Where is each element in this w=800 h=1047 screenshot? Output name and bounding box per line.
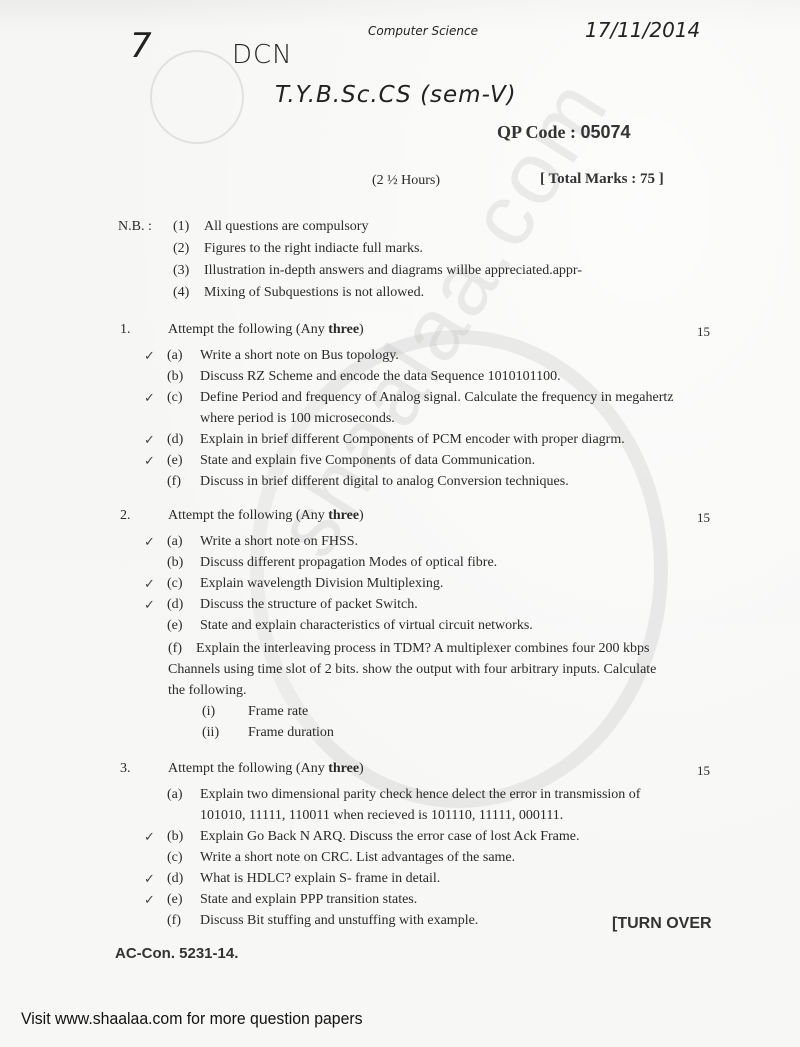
sub-question-line: Discuss the structure of packet Switch. [200,594,418,615]
question-number: 1. [120,322,131,338]
question-marks: 15 [697,324,710,340]
sub-question: (b)Discuss RZ Scheme and encode the data… [120,366,720,387]
sub-question: (b)Discuss different propagation Modes o… [120,552,720,573]
note-number: (1) [173,219,204,241]
note-number: (3) [173,263,204,285]
sub-question-line: Discuss different propagation Modes of o… [200,552,497,573]
sub-question-line: Write a short note on CRC. List advantag… [200,847,515,868]
handwritten-tick-icon: ✓ [144,595,155,616]
sub-question-label: (c) [167,573,183,594]
total-marks: [ Total Marks : 75 ] [540,171,664,188]
sub-question: ✓(d)Discuss the structure of packet Swit… [120,594,720,615]
note-text: Figures to the right indiacte full marks… [204,241,423,263]
sub-question-text: Explain Go Back N ARQ. Discuss the error… [200,826,579,847]
sub-question-text: Explain wavelength Division Multiplexing… [200,573,443,594]
note-number: (2) [173,241,204,263]
sub-question-line: where period is 100 microseconds. [200,408,673,429]
sub-question-line: Discuss RZ Scheme and encode the data Se… [200,366,561,387]
sub-question-text: State and explain PPP transition states. [200,889,417,910]
paragraph-text: Channels using time slot of 2 bits. show… [168,662,656,677]
instruction-suffix: ) [359,761,364,776]
sub-question-line: State and explain characteristics of vir… [200,615,533,636]
sub-question-text: Discuss the structure of packet Switch. [200,594,418,615]
sub-question-line: What is HDLC? explain S- frame in detail… [200,868,440,889]
question-header: 2.Attempt the following (Any three)15 [120,508,720,531]
sub-question-text: Write a short note on CRC. List advantag… [200,847,515,868]
sub-question-label: (c) [167,847,183,868]
sub-question-label: (c) [167,387,183,408]
sub-question: (f)Discuss in brief different digital to… [120,471,720,492]
footer-link[interactable]: Visit www.shaalaa.com for more question … [21,1009,363,1029]
note-item: (4)Mixing of Subquestions is not allowed… [173,285,582,307]
sub-question-label: (f) [168,641,182,656]
sub-question-line: Explain in brief different Components of… [200,429,625,450]
paragraph-text: the following. [168,683,247,698]
sub-sub-text: Frame rate [248,701,308,722]
note-text: All questions are compulsory [204,219,368,241]
instruction-prefix: Attempt the following (Any [168,322,328,337]
question-instruction: Attempt the following (Any three) [168,322,364,338]
qp-code-label: QP Code : [497,122,581,142]
sub-question-label: (a) [167,531,183,552]
question-number: 2. [120,508,131,524]
notes-label: N.B. : [118,219,152,235]
instruction-bold: three [328,322,359,337]
exam-duration: (2 ½ Hours) [372,173,440,189]
notes-list: (1)All questions are compulsory(2)Figure… [173,219,582,307]
handwritten-tick-icon: ✓ [144,346,155,367]
handwritten-subject-note: Computer Science [368,24,478,38]
question-marks: 15 [697,763,710,779]
sub-question-line: Define Period and frequency of Analog si… [200,387,673,408]
sub-question-label: (a) [167,784,183,805]
sub-question: ✓(b)Explain Go Back N ARQ. Discuss the e… [120,826,720,847]
sub-question-label: (f) [167,471,181,492]
sub-question-line: 101010, 11111, 110011 when recieved is 1… [200,805,640,826]
sub-question: ✓(c)Define Period and frequency of Analo… [120,387,720,429]
paragraph-text: Explain the interleaving process in TDM?… [196,641,650,656]
turn-over-label: [TURN OVER [612,915,712,933]
sub-question-text: Explain two dimensional parity check hen… [200,784,640,826]
sub-question-line: Discuss Bit stuffing and unstuffing with… [200,910,478,931]
sub-question: (a)Explain two dimensional parity check … [120,784,720,826]
sub-question-label: (e) [167,450,183,471]
sub-question-text: Write a short note on FHSS. [200,531,358,552]
question-instruction: Attempt the following (Any three) [168,761,364,777]
sub-question: ✓(d)Explain in brief different Component… [120,429,720,450]
paragraph-line: Channels using time slot of 2 bits. show… [168,659,720,680]
sub-question-text: Discuss Bit stuffing and unstuffing with… [200,910,478,931]
question-header: 3.Attempt the following (Any three)15 [120,761,720,784]
handwritten-tick-icon: ✓ [144,890,155,911]
question-marks: 15 [697,510,710,526]
sub-question-line: Write a short note on FHSS. [200,531,358,552]
paragraph-line: the following. [168,680,720,701]
qp-code-value: 05074 [581,122,631,142]
note-item: (1)All questions are compulsory [173,219,582,241]
instruction-prefix: Attempt the following (Any [168,508,328,523]
sub-question-text: Discuss RZ Scheme and encode the data Se… [200,366,561,387]
sub-sub-label: (ii) [202,722,219,743]
sub-question-line: State and explain PPP transition states. [200,889,417,910]
sub-question-line: Explain Go Back N ARQ. Discuss the error… [200,826,579,847]
sub-question-label: (b) [167,826,183,847]
sub-question-text: Explain in brief different Components of… [200,429,625,450]
sub-question-text: State and explain characteristics of vir… [200,615,533,636]
sub-question: ✓(e)State and explain five Components of… [120,450,720,471]
note-item: (3)Illustration in-depth answers and dia… [173,263,582,285]
handwritten-subject-short: DCN [232,40,293,70]
sub-question-line: State and explain five Components of dat… [200,450,535,471]
sub-question-label: (e) [167,615,183,636]
handwritten-number: 7 [130,26,152,66]
sub-question: ✓(d)What is HDLC? explain S- frame in de… [120,868,720,889]
sub-question-label: (e) [167,889,183,910]
handwritten-tick-icon: ✓ [144,430,155,451]
instruction-suffix: ) [359,322,364,337]
sub-sub-text: Frame duration [248,722,334,743]
sub-question-text: Write a short note on Bus topology. [200,345,399,366]
sub-question: ✓(e)State and explain PPP transition sta… [120,889,720,910]
paragraph-line: (f)Explain the interleaving process in T… [168,638,720,659]
sub-question-paragraph: (f)Explain the interleaving process in T… [168,638,720,701]
sub-question-text: Discuss in brief different digital to an… [200,471,569,492]
handwritten-class: T.Y.B.Sc.CS (sem-V) [275,82,517,108]
note-text: Illustration in-depth answers and diagra… [204,263,582,285]
ac-con-code: AC-Con. 5231-14. [115,945,238,962]
sub-question-text: State and explain five Components of dat… [200,450,535,471]
note-item: (2)Figures to the right indiacte full ma… [173,241,582,263]
sub-question-label: (a) [167,345,183,366]
note-text: Mixing of Subquestions is not allowed. [204,285,424,307]
handwritten-date: 17/11/2014 [585,18,700,42]
question-instruction: Attempt the following (Any three) [168,508,364,524]
sub-question-line: Explain wavelength Division Multiplexing… [200,573,443,594]
handwritten-tick-icon: ✓ [144,574,155,595]
sub-question: ✓(c)Explain wavelength Division Multiple… [120,573,720,594]
sub-question-label: (d) [167,594,183,615]
sub-question-label: (d) [167,429,183,450]
sub-question: (e)State and explain characteristics of … [120,615,720,636]
faint-stamp-circle [150,50,244,144]
sub-question-line: Write a short note on Bus topology. [200,345,399,366]
instruction-bold: three [328,508,359,523]
question-number: 3. [120,761,131,777]
sub-sub-question: (ii)Frame duration [120,722,720,743]
instruction-suffix: ) [359,508,364,523]
sub-question-text: What is HDLC? explain S- frame in detail… [200,868,440,889]
qp-code: QP Code : 05074 [497,122,631,143]
instruction-prefix: Attempt the following (Any [168,761,328,776]
sub-question: ✓(a)Write a short note on Bus topology. [120,345,720,366]
question-2: 2.Attempt the following (Any three)15✓(a… [120,508,720,743]
handwritten-tick-icon: ✓ [144,532,155,553]
sub-question-label: (b) [167,366,183,387]
sub-question: ✓(a)Write a short note on FHSS. [120,531,720,552]
sub-question-text: Discuss different propagation Modes of o… [200,552,497,573]
sub-question-text: Define Period and frequency of Analog si… [200,387,673,429]
sub-sub-label: (i) [202,701,215,722]
handwritten-tick-icon: ✓ [144,451,155,472]
sub-question-line: Discuss in brief different digital to an… [200,471,569,492]
sub-question: (c)Write a short note on CRC. List advan… [120,847,720,868]
question-3: 3.Attempt the following (Any three)15(a)… [120,761,720,931]
instruction-bold: three [328,761,359,776]
question-1: 1.Attempt the following (Any three)15✓(a… [120,322,720,492]
sub-question-label: (b) [167,552,183,573]
handwritten-tick-icon: ✓ [144,827,155,848]
sub-sub-question: (i)Frame rate [120,701,720,722]
note-number: (4) [173,285,204,307]
handwritten-tick-icon: ✓ [144,388,155,409]
sub-question-label: (d) [167,868,183,889]
sub-question-label: (f) [167,910,181,931]
handwritten-tick-icon: ✓ [144,869,155,890]
sub-question-line: Explain two dimensional parity check hen… [200,784,640,805]
question-header: 1.Attempt the following (Any three)15 [120,322,720,345]
